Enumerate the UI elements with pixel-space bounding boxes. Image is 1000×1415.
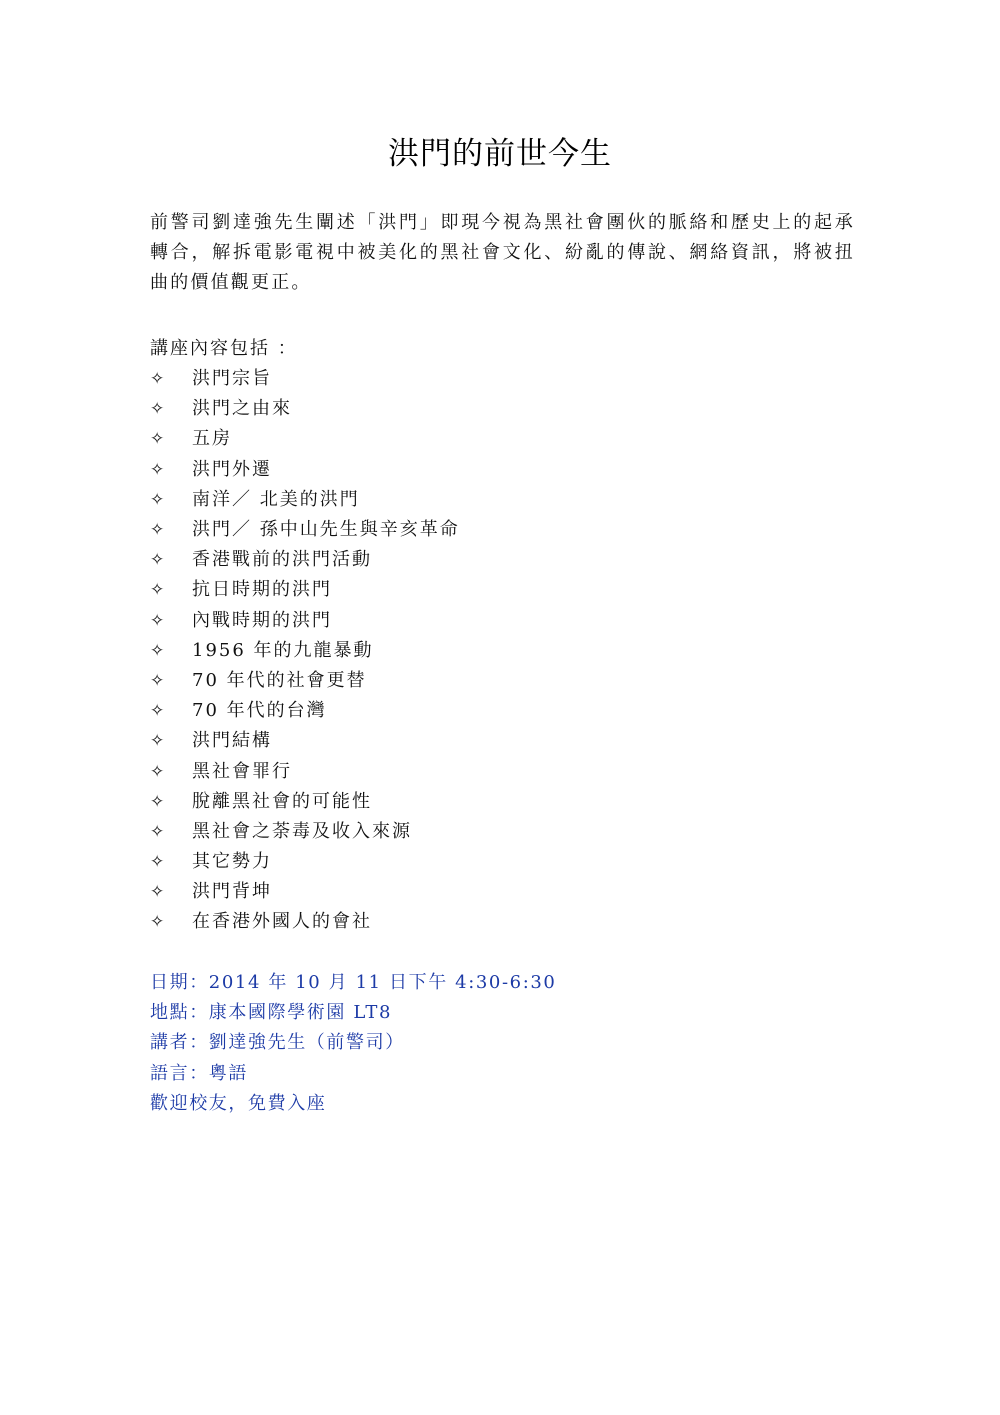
four-point-star-bullet-icon: ✧	[150, 636, 192, 666]
list-item: ✧洪門之由來	[150, 394, 460, 424]
four-point-star-bullet-icon: ✧	[150, 575, 192, 605]
event-admission: 歡迎校友，免費入座	[150, 1089, 556, 1119]
topic-label: 洪門宗旨	[192, 364, 272, 394]
event-speaker: 講者：劉達強先生（前警司）	[150, 1028, 556, 1058]
list-item: ✧黑社會之荼毒及收入來源	[150, 817, 460, 847]
topic-label: 抗日時期的洪門	[192, 575, 332, 605]
event-date: 日期：2014 年 10 月 11 日下午 4:30-6:30	[150, 968, 556, 998]
topic-label: 洪門／ 孫中山先生與辛亥革命	[192, 515, 460, 545]
list-item: ✧其它勢力	[150, 847, 460, 877]
four-point-star-bullet-icon: ✧	[150, 757, 192, 787]
four-point-star-bullet-icon: ✧	[150, 787, 192, 817]
topic-label: 其它勢力	[192, 847, 272, 877]
list-item: ✧內戰時期的洪門	[150, 606, 460, 636]
four-point-star-bullet-icon: ✧	[150, 666, 192, 696]
event-language: 語言：粵語	[150, 1059, 556, 1089]
list-item: ✧脫離黑社會的可能性	[150, 787, 460, 817]
list-item: ✧洪門結構	[150, 726, 460, 756]
topic-label: 洪門外遷	[192, 455, 272, 485]
topic-label: 70 年代的台灣	[192, 696, 327, 726]
document-page: 洪門的前世今生 前警司劉達強先生闡述「洪門」即現今視為黑社會團伙的脈絡和歷史上的…	[0, 0, 1000, 1415]
topic-label: 70 年代的社會更替	[192, 666, 367, 696]
four-point-star-bullet-icon: ✧	[150, 485, 192, 515]
topic-label: 在香港外國人的會社	[192, 907, 372, 937]
topic-label: 洪門結構	[192, 726, 272, 756]
four-point-star-bullet-icon: ✧	[150, 606, 192, 636]
list-item: ✧70 年代的台灣	[150, 696, 460, 726]
four-point-star-bullet-icon: ✧	[150, 545, 192, 575]
four-point-star-bullet-icon: ✧	[150, 364, 192, 394]
list-item: ✧洪門宗旨	[150, 364, 460, 394]
list-item: ✧黑社會罪行	[150, 756, 460, 786]
list-item: ✧70 年代的社會更替	[150, 666, 460, 696]
intro-paragraph: 前警司劉達強先生闡述「洪門」即現今視為黑社會團伙的脈絡和歷史上的起承轉合，解拆電…	[150, 208, 855, 298]
four-point-star-bullet-icon: ✧	[150, 847, 192, 877]
list-item: ✧在香港外國人的會社	[150, 907, 460, 937]
topic-label: 1956 年的九龍暴動	[192, 636, 374, 666]
topic-label: 五房	[192, 424, 232, 454]
list-heading: 講座內容包括 ：	[150, 334, 298, 364]
four-point-star-bullet-icon: ✧	[150, 424, 192, 454]
topic-label: 香港戰前的洪門活動	[192, 545, 372, 575]
topic-label: 南洋／ 北美的洪門	[192, 485, 360, 515]
topic-list: ✧洪門宗旨 ✧洪門之由來 ✧五房 ✧洪門外遷 ✧南洋／ 北美的洪門 ✧洪門／ 孫…	[150, 364, 460, 938]
four-point-star-bullet-icon: ✧	[150, 907, 192, 937]
four-point-star-bullet-icon: ✧	[150, 877, 192, 907]
list-item: ✧五房	[150, 424, 460, 454]
four-point-star-bullet-icon: ✧	[150, 817, 192, 847]
topic-label: 脫離黑社會的可能性	[192, 787, 372, 817]
topic-label: 黑社會罪行	[192, 757, 292, 787]
event-venue: 地點：康本國際學術園 LT8	[150, 998, 556, 1028]
list-item: ✧抗日時期的洪門	[150, 575, 460, 605]
list-item: ✧洪門／ 孫中山先生與辛亥革命	[150, 515, 460, 545]
event-details: 日期：2014 年 10 月 11 日下午 4:30-6:30 地點：康本國際學…	[150, 968, 556, 1119]
four-point-star-bullet-icon: ✧	[150, 394, 192, 424]
list-item: ✧南洋／ 北美的洪門	[150, 485, 460, 515]
topic-label: 黑社會之荼毒及收入來源	[192, 817, 412, 847]
list-item: ✧洪門背坤	[150, 877, 460, 907]
topic-label: 洪門背坤	[192, 877, 272, 907]
list-item: ✧洪門外遷	[150, 455, 460, 485]
four-point-star-bullet-icon: ✧	[150, 696, 192, 726]
four-point-star-bullet-icon: ✧	[150, 455, 192, 485]
topic-label: 洪門之由來	[192, 394, 292, 424]
four-point-star-bullet-icon: ✧	[150, 726, 192, 756]
page-title: 洪門的前世今生	[0, 128, 1000, 173]
four-point-star-bullet-icon: ✧	[150, 515, 192, 545]
list-item: ✧1956 年的九龍暴動	[150, 636, 460, 666]
topic-label: 內戰時期的洪門	[192, 606, 332, 636]
list-item: ✧香港戰前的洪門活動	[150, 545, 460, 575]
